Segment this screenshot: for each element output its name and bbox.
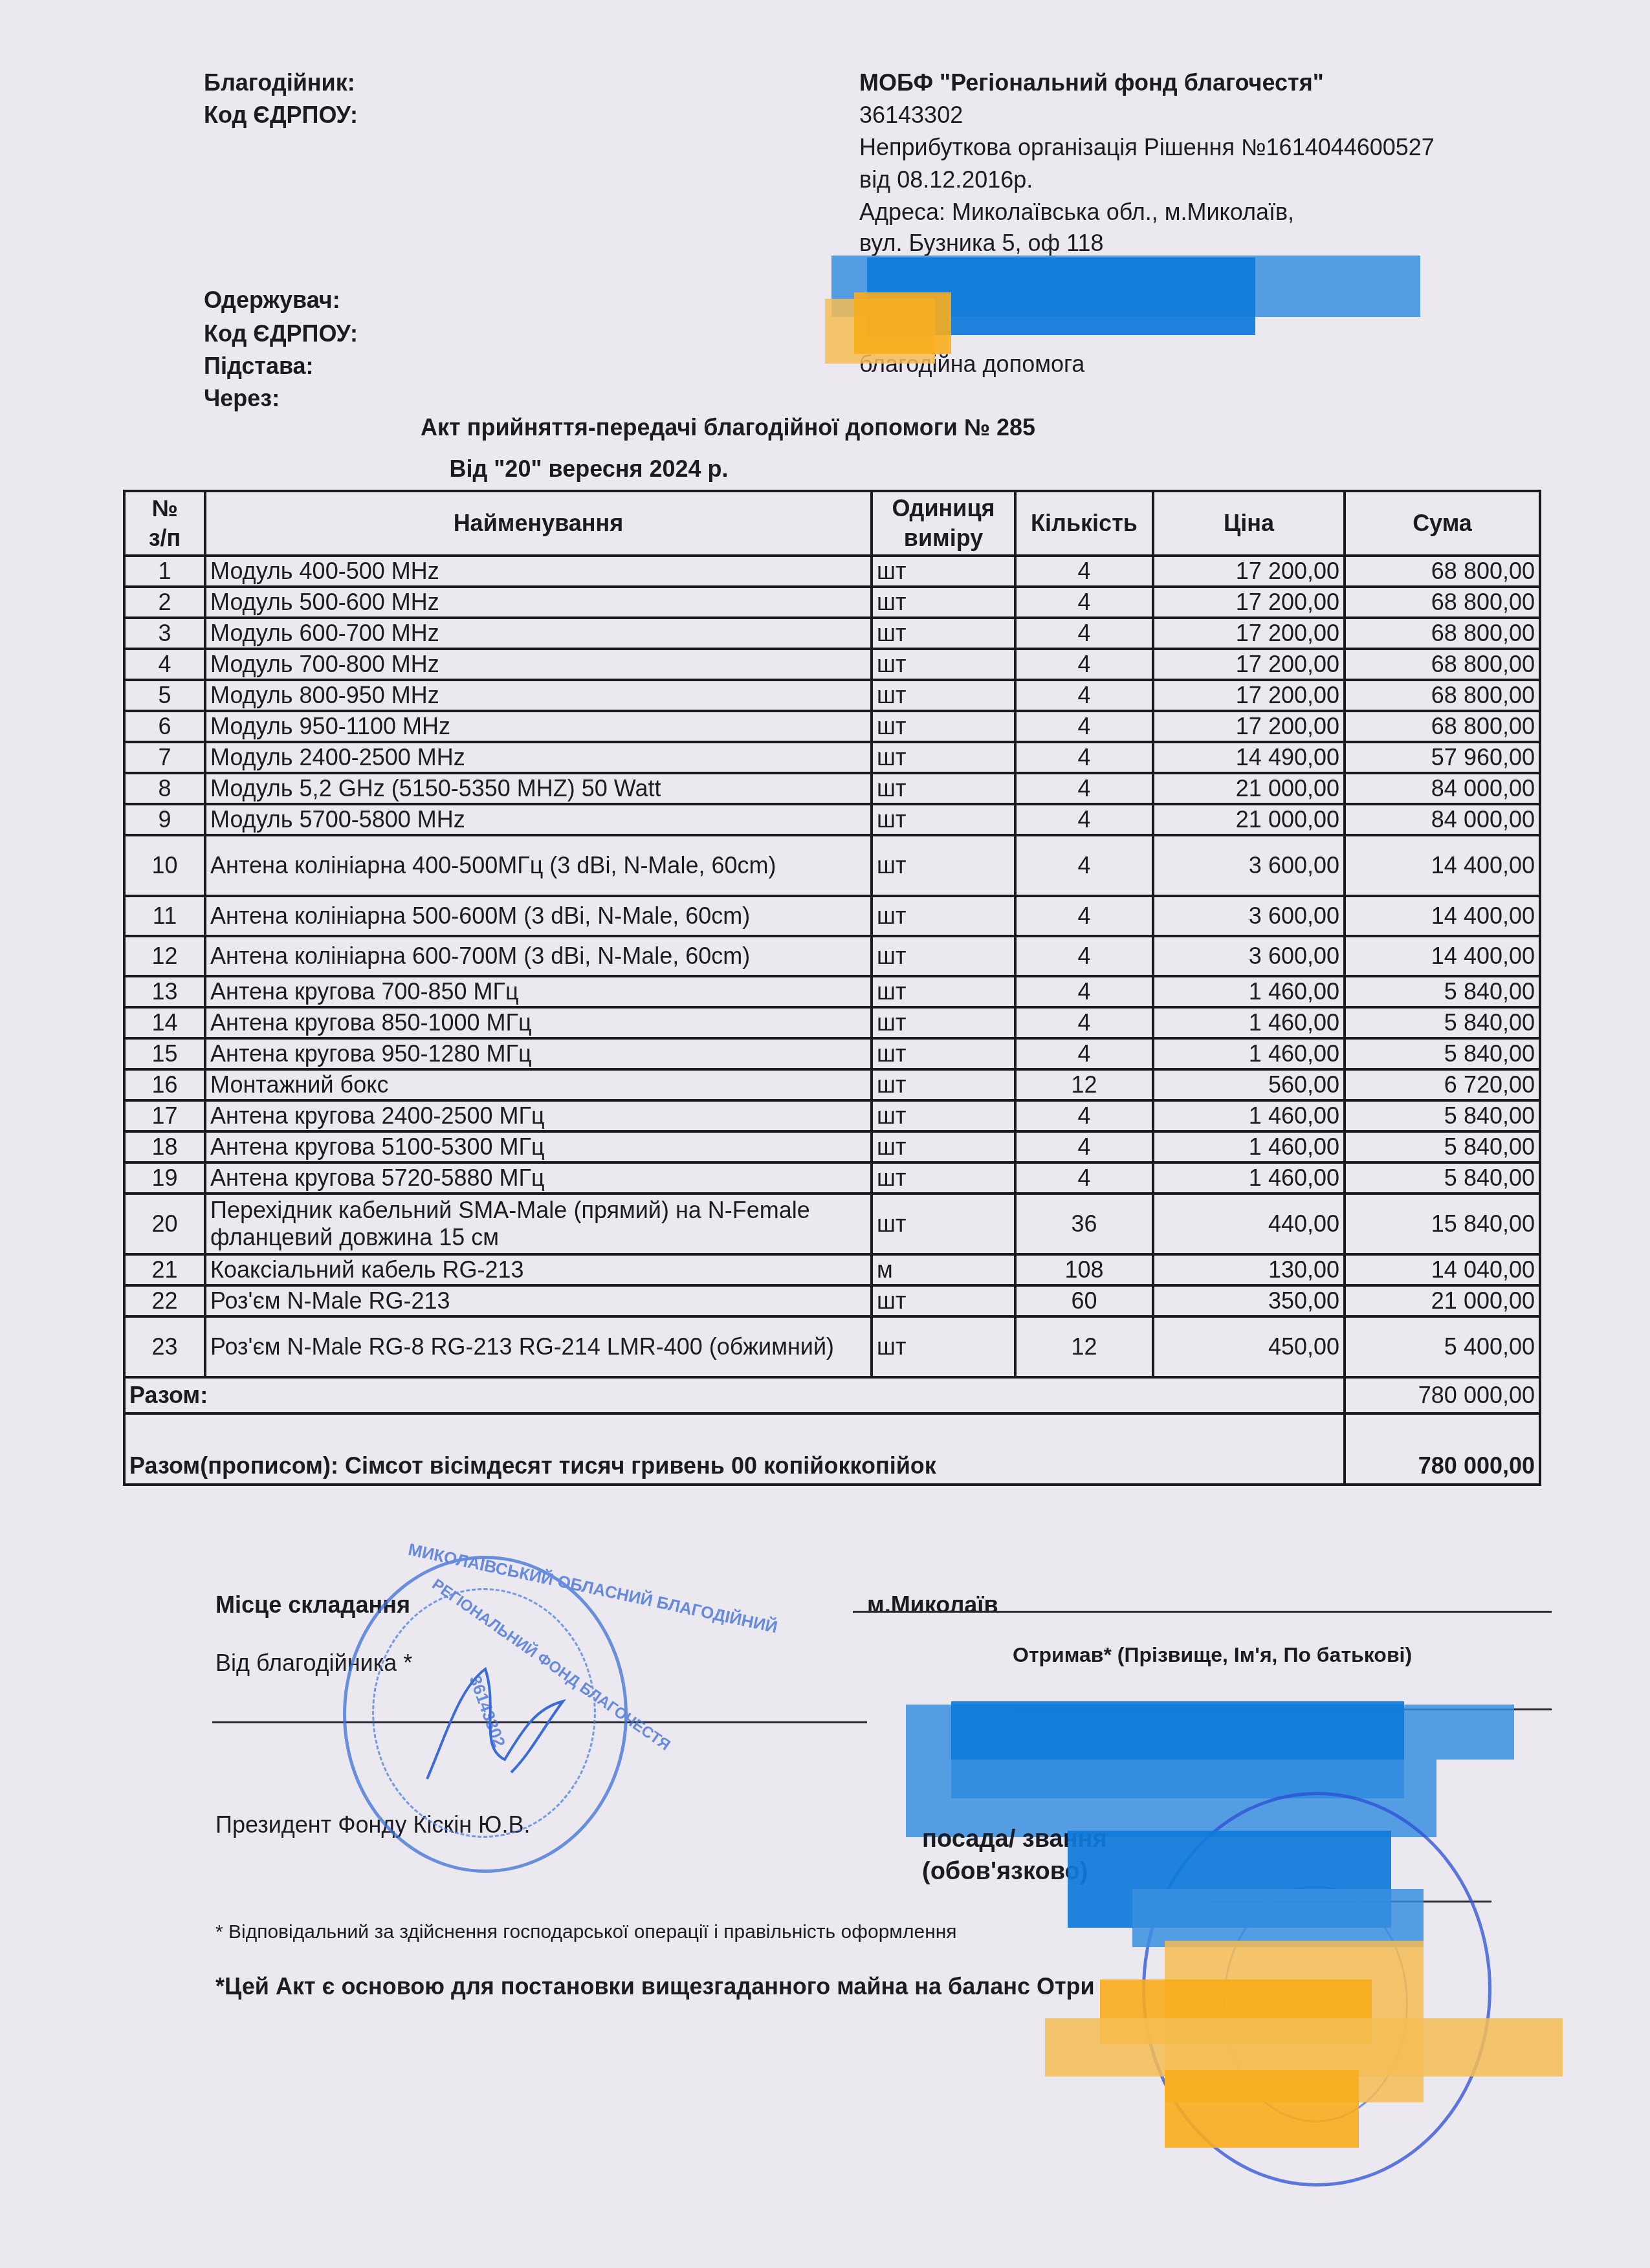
- item-unit: шт: [872, 711, 1015, 742]
- redaction-stamp-bottom: [1165, 2070, 1359, 2148]
- item-price: 17 200,00: [1153, 587, 1345, 618]
- item-price: 1 460,00: [1153, 976, 1345, 1007]
- document-date: Від "20" вересня 2024 р.: [0, 455, 1414, 483]
- item-unit: шт: [872, 835, 1015, 896]
- item-price: 3 600,00: [1153, 936, 1345, 976]
- item-unit: м: [872, 1254, 1015, 1285]
- item-name: Антена колініарна 500-600М (3 dBi, N-Mal…: [205, 896, 872, 936]
- table-row: 4Модуль 700-800 MHzшт417 200,0068 800,00: [124, 649, 1540, 680]
- item-unit: шт: [872, 742, 1015, 773]
- row-number: 23: [124, 1316, 205, 1377]
- item-price: 1 460,00: [1153, 1100, 1345, 1131]
- item-sum: 5 840,00: [1345, 1131, 1540, 1162]
- item-sum: 68 800,00: [1345, 711, 1540, 742]
- row-number: 20: [124, 1194, 205, 1254]
- item-sum: 68 800,00: [1345, 618, 1540, 649]
- place-value: м.Миколаїв: [867, 1588, 998, 1622]
- row-number: 11: [124, 896, 205, 936]
- item-quantity: 4: [1015, 556, 1153, 587]
- table-row: 18Антена кругова 5100-5300 МГцшт41 460,0…: [124, 1131, 1540, 1162]
- item-name: Монтажний бокс: [205, 1069, 872, 1100]
- item-price: 17 200,00: [1153, 680, 1345, 711]
- item-unit: шт: [872, 1316, 1015, 1377]
- item-price: 560,00: [1153, 1069, 1345, 1100]
- col-price: Ціна: [1153, 491, 1345, 556]
- donor-registration-date: від 08.12.2016р.: [859, 163, 1033, 197]
- item-unit: шт: [872, 1038, 1015, 1069]
- item-name: Модуль 400-500 MHz: [205, 556, 872, 587]
- note-responsible: * Відповідальний за здійснення господарс…: [215, 1921, 957, 1943]
- donor-signature: [401, 1630, 595, 1798]
- item-name: Перехідник кабельний SMA-Male (прямий) н…: [205, 1194, 872, 1254]
- item-name: Антена кругова 700-850 МГц: [205, 976, 872, 1007]
- item-unit: шт: [872, 976, 1015, 1007]
- item-quantity: 36: [1015, 1194, 1153, 1254]
- col-unit: Одиницявиміру: [872, 491, 1015, 556]
- item-name: Коаксіальний кабель RG-213: [205, 1254, 872, 1285]
- item-unit: шт: [872, 804, 1015, 835]
- item-price: 3 600,00: [1153, 896, 1345, 936]
- received-label: Отримав* (Прізвище, Ім'я, По батькові): [1013, 1643, 1412, 1667]
- row-number: 16: [124, 1069, 205, 1100]
- col-sum: Сума: [1345, 491, 1540, 556]
- item-sum: 5 840,00: [1345, 1162, 1540, 1194]
- item-quantity: 108: [1015, 1254, 1153, 1285]
- item-sum: 21 000,00: [1345, 1285, 1540, 1316]
- item-name: Модуль 800-950 MHz: [205, 680, 872, 711]
- item-sum: 5 400,00: [1345, 1316, 1540, 1377]
- total-value: 780 000,00: [1345, 1377, 1540, 1413]
- table-row: 16Монтажний боксшт12560,006 720,00: [124, 1069, 1540, 1100]
- item-sum: 14 040,00: [1345, 1254, 1540, 1285]
- item-unit: шт: [872, 680, 1015, 711]
- table-row: 12Антена колініарна 600-700М (3 dBi, N-M…: [124, 936, 1540, 976]
- table-row: 13Антена кругова 700-850 МГцшт41 460,005…: [124, 976, 1540, 1007]
- item-name: Антена кругова 2400-2500 МГц: [205, 1100, 872, 1131]
- item-name: Модуль 2400-2500 MHz: [205, 742, 872, 773]
- item-quantity: 4: [1015, 896, 1153, 936]
- via-label: Через:: [204, 382, 280, 415]
- item-quantity: 4: [1015, 835, 1153, 896]
- total-row: Разом: 780 000,00: [124, 1377, 1540, 1413]
- position-required: (обов'язково): [922, 1858, 1088, 1886]
- redaction-balance-recipient-2: [1045, 2018, 1563, 2077]
- item-price: 14 490,00: [1153, 742, 1345, 773]
- item-sum: 84 000,00: [1345, 773, 1540, 804]
- item-quantity: 4: [1015, 587, 1153, 618]
- item-unit: шт: [872, 1007, 1015, 1038]
- item-sum: 14 400,00: [1345, 936, 1540, 976]
- item-quantity: 4: [1015, 1007, 1153, 1038]
- item-price: 130,00: [1153, 1254, 1345, 1285]
- item-price: 3 600,00: [1153, 835, 1345, 896]
- item-name: Модуль 700-800 MHz: [205, 649, 872, 680]
- item-quantity: 60: [1015, 1285, 1153, 1316]
- item-unit: шт: [872, 1162, 1015, 1194]
- item-unit: шт: [872, 649, 1015, 680]
- item-quantity: 4: [1015, 618, 1153, 649]
- row-number: 19: [124, 1162, 205, 1194]
- item-name: Антена кругова 950-1280 МГц: [205, 1038, 872, 1069]
- row-number: 3: [124, 618, 205, 649]
- item-sum: 14 400,00: [1345, 896, 1540, 936]
- donor-code-label: Код ЄДРПОУ:: [204, 98, 358, 132]
- item-quantity: 4: [1015, 1131, 1153, 1162]
- item-price: 1 460,00: [1153, 1162, 1345, 1194]
- item-price: 350,00: [1153, 1285, 1345, 1316]
- table-row: 19Антена кругова 5720-5880 МГцшт41 460,0…: [124, 1162, 1540, 1194]
- table-row: 11Антена колініарна 500-600М (3 dBi, N-M…: [124, 896, 1540, 936]
- item-name: Модуль 600-700 MHz: [205, 618, 872, 649]
- table-row: 2Модуль 500-600 MHzшт417 200,0068 800,00: [124, 587, 1540, 618]
- item-quantity: 4: [1015, 1100, 1153, 1131]
- row-number: 13: [124, 976, 205, 1007]
- row-number: 22: [124, 1285, 205, 1316]
- item-name: Модуль 500-600 MHz: [205, 587, 872, 618]
- item-price: 17 200,00: [1153, 556, 1345, 587]
- row-number: 18: [124, 1131, 205, 1162]
- row-number: 12: [124, 936, 205, 976]
- item-sum: 15 840,00: [1345, 1194, 1540, 1254]
- item-quantity: 4: [1015, 649, 1153, 680]
- row-number: 21: [124, 1254, 205, 1285]
- row-number: 9: [124, 804, 205, 835]
- item-unit: шт: [872, 936, 1015, 976]
- item-quantity: 4: [1015, 773, 1153, 804]
- table-row: 22Роз'єм N-Male RG-213шт60350,0021 000,0…: [124, 1285, 1540, 1316]
- item-unit: шт: [872, 896, 1015, 936]
- total-label: Разом:: [124, 1377, 1345, 1413]
- item-sum: 57 960,00: [1345, 742, 1540, 773]
- donor-registration: Неприбуткова організація Рішення №161404…: [859, 131, 1435, 164]
- total-words-row: Разом(прописом): Сімсот вісімдесят тисяч…: [124, 1413, 1540, 1485]
- item-quantity: 12: [1015, 1069, 1153, 1100]
- item-quantity: 4: [1015, 742, 1153, 773]
- item-unit: шт: [872, 1069, 1015, 1100]
- item-unit: шт: [872, 587, 1015, 618]
- table-row: 17Антена кругова 2400-2500 МГцшт41 460,0…: [124, 1100, 1540, 1131]
- item-sum: 14 400,00: [1345, 835, 1540, 896]
- item-sum: 68 800,00: [1345, 649, 1540, 680]
- row-number: 10: [124, 835, 205, 896]
- item-sum: 5 840,00: [1345, 1007, 1540, 1038]
- item-unit: шт: [872, 556, 1015, 587]
- redaction-recipient-code-2: [854, 292, 951, 354]
- table-row: 8Модуль 5,2 GHz (5150-5350 MHZ) 50 Wattш…: [124, 773, 1540, 804]
- recipient-label: Одержувач:: [204, 283, 340, 317]
- item-sum: 68 800,00: [1345, 587, 1540, 618]
- item-name: Роз'єм N-Male RG-213: [205, 1285, 872, 1316]
- item-sum: 68 800,00: [1345, 556, 1540, 587]
- place-underline: [853, 1611, 1552, 1613]
- donor-name: МОБФ "Регіональний фонд благочестя": [859, 66, 1324, 100]
- item-sum: 68 800,00: [1345, 680, 1540, 711]
- table-row: 23Роз'єм N-Male RG-8 RG-213 RG-214 LMR-4…: [124, 1316, 1540, 1377]
- item-name: Антена кругова 5100-5300 МГц: [205, 1131, 872, 1162]
- item-price: 1 460,00: [1153, 1131, 1345, 1162]
- col-qty: Кількість: [1015, 491, 1153, 556]
- item-name: Антена кругова 850-1000 МГц: [205, 1007, 872, 1038]
- total-words-label: Разом(прописом): Сімсот вісімдесят тисяч…: [124, 1413, 1345, 1485]
- items-table: №з/п Найменування Одиницявиміру Кількіст…: [123, 490, 1541, 1486]
- item-price: 450,00: [1153, 1316, 1345, 1377]
- item-price: 17 200,00: [1153, 649, 1345, 680]
- table-row: 1Модуль 400-500 MHzшт417 200,0068 800,00: [124, 556, 1540, 587]
- item-name: Антена кругова 5720-5880 МГц: [205, 1162, 872, 1194]
- item-sum: 5 840,00: [1345, 1100, 1540, 1131]
- table-row: 10Антена колініарна 400-500МГц (3 dBi, N…: [124, 835, 1540, 896]
- donor-code: 36143302: [859, 98, 963, 132]
- item-name: Антена колініарна 400-500МГц (3 dBi, N-M…: [205, 835, 872, 896]
- row-number: 2: [124, 587, 205, 618]
- table-row: 6Модуль 950-1100 MHzшт417 200,0068 800,0…: [124, 711, 1540, 742]
- row-number: 14: [124, 1007, 205, 1038]
- row-number: 5: [124, 680, 205, 711]
- item-quantity: 4: [1015, 976, 1153, 1007]
- item-unit: шт: [872, 773, 1015, 804]
- item-price: 1 460,00: [1153, 1038, 1345, 1069]
- item-quantity: 4: [1015, 804, 1153, 835]
- table-row: 9Модуль 5700-5800 MHzшт421 000,0084 000,…: [124, 804, 1540, 835]
- item-name: Антена колініарна 600-700М (3 dBi, N-Mal…: [205, 936, 872, 976]
- table-row: 7Модуль 2400-2500 MHzшт414 490,0057 960,…: [124, 742, 1540, 773]
- table-row: 14Антена кругова 850-1000 МГцшт41 460,00…: [124, 1007, 1540, 1038]
- donor-label: Благодійник:: [204, 66, 355, 100]
- item-name: Роз'єм N-Male RG-8 RG-213 RG-214 LMR-400…: [205, 1316, 872, 1377]
- table-row: 20Перехідник кабельний SMA-Male (прямий)…: [124, 1194, 1540, 1254]
- item-unit: шт: [872, 618, 1015, 649]
- table-row: 5Модуль 800-950 MHzшт417 200,0068 800,00: [124, 680, 1540, 711]
- col-name: Найменування: [205, 491, 872, 556]
- note-basis: *Цей Акт є основою для постановки вищезг…: [215, 1973, 1095, 2000]
- item-name: Модуль 950-1100 MHz: [205, 711, 872, 742]
- item-quantity: 4: [1015, 936, 1153, 976]
- table-row: 15Антена кругова 950-1280 МГцшт41 460,00…: [124, 1038, 1540, 1069]
- item-price: 17 200,00: [1153, 711, 1345, 742]
- recipient-code-label: Код ЄДРПОУ:: [204, 317, 358, 351]
- item-unit: шт: [872, 1131, 1015, 1162]
- item-price: 17 200,00: [1153, 618, 1345, 649]
- col-num: №з/п: [124, 491, 205, 556]
- item-unit: шт: [872, 1285, 1015, 1316]
- item-name: Модуль 5700-5800 MHz: [205, 804, 872, 835]
- table-header-row: №з/п Найменування Одиницявиміру Кількіст…: [124, 491, 1540, 556]
- item-quantity: 4: [1015, 1038, 1153, 1069]
- table-row: 3Модуль 600-700 MHzшт417 200,0068 800,00: [124, 618, 1540, 649]
- item-sum: 84 000,00: [1345, 804, 1540, 835]
- item-price: 21 000,00: [1153, 773, 1345, 804]
- table-row: 21Коаксіальний кабель RG-213м108130,0014…: [124, 1254, 1540, 1285]
- item-price: 1 460,00: [1153, 1007, 1345, 1038]
- row-number: 4: [124, 649, 205, 680]
- row-number: 1: [124, 556, 205, 587]
- redaction-recipient-position-2: [1132, 1889, 1424, 1947]
- row-number: 6: [124, 711, 205, 742]
- item-unit: шт: [872, 1100, 1015, 1131]
- item-quantity: 12: [1015, 1316, 1153, 1377]
- total-words-value: 780 000,00: [1345, 1413, 1540, 1485]
- row-number: 17: [124, 1100, 205, 1131]
- item-name: Модуль 5,2 GHz (5150-5350 MHZ) 50 Watt: [205, 773, 872, 804]
- item-unit: шт: [872, 1194, 1015, 1254]
- item-sum: 6 720,00: [1345, 1069, 1540, 1100]
- row-number: 8: [124, 773, 205, 804]
- row-number: 7: [124, 742, 205, 773]
- item-price: 21 000,00: [1153, 804, 1345, 835]
- item-quantity: 4: [1015, 711, 1153, 742]
- row-number: 15: [124, 1038, 205, 1069]
- document-title: Акт прийняття-передачі благодійної допом…: [0, 414, 1553, 441]
- donor-address-1: Адреса: Миколаївська обл., м.Миколаїв,: [859, 195, 1294, 229]
- item-price: 440,00: [1153, 1194, 1345, 1254]
- item-sum: 5 840,00: [1345, 1038, 1540, 1069]
- item-quantity: 4: [1015, 680, 1153, 711]
- item-quantity: 4: [1015, 1162, 1153, 1194]
- item-sum: 5 840,00: [1345, 976, 1540, 1007]
- basis-label: Підстава:: [204, 349, 314, 383]
